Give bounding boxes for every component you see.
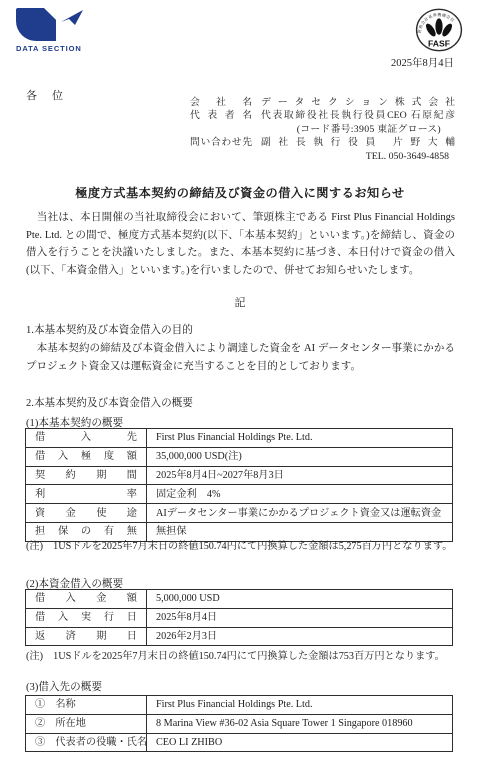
brand-text: DATA SECTION — [16, 44, 106, 53]
table-row: 借入先 First Plus Financial Holdings Pte. L… — [26, 429, 453, 448]
issuer-contact-row: 問い合わせ先 副社長執行役員 片野大輔 — [190, 136, 455, 149]
row-value: First Plus Financial Holdings Pte. Ltd. — [147, 696, 453, 715]
row-label: 契約期間 — [26, 466, 147, 485]
row-value: First Plus Financial Holdings Pte. Ltd. — [147, 429, 453, 448]
row-label: 借入極度額 — [26, 447, 147, 466]
company-name-value: データセクション株式会社 — [261, 96, 455, 109]
contact-label: 問い合わせ先 — [190, 136, 252, 149]
row-label: 借入実行日 — [26, 608, 147, 627]
row-label: 利率 — [26, 485, 147, 504]
telephone: TEL. 050-3649-4858 — [261, 150, 455, 163]
logo-d-mark — [16, 8, 56, 41]
logo-arrow-icon — [60, 9, 86, 27]
row-value: 2025年8月4日~2027年8月3日 — [147, 466, 453, 485]
section1-body: 本基本契約の締結及び本資金借入により調達した資金を AI データセンター事業にか… — [26, 340, 455, 375]
representative-value: 代表取締役社長執行役員CEO 石原紀彦 — [261, 109, 455, 122]
table-row: 借入金額 5,000,000 USD — [26, 590, 453, 609]
row-value: 固定金利 4% — [147, 485, 453, 504]
row-label: ③ 代表者の役職・氏名 — [26, 733, 147, 752]
contract-note: (注) 1USドルを2025年7月末日の終値150.74円にて円換算した金額は5… — [26, 540, 455, 554]
company-logo: DATA SECTION — [16, 8, 106, 53]
table-row: 返済期日 2026年2月3日 — [26, 627, 453, 646]
record-mark: 記 — [0, 294, 480, 310]
row-label: ② 所在地 — [26, 714, 147, 733]
seal-leaves-icon — [424, 18, 454, 38]
table-row: 借入実行日 2025年8月4日 — [26, 608, 453, 627]
sub3-heading: (3)借入先の概要 — [26, 679, 102, 694]
row-value: 35,000,000 USD(注) — [147, 447, 453, 466]
table-row: 利率 固定金利 4% — [26, 485, 453, 504]
row-value: 5,000,000 USD — [147, 590, 453, 609]
intro-paragraph: 当社は、本日開催の当社取締役会において、筆頭株主である First Plus F… — [26, 209, 455, 279]
table-row: 資金使途 AIデータセンター事業にかかるプロジェクト資金又は運転資金 — [26, 504, 453, 523]
seal-label: FASF — [428, 38, 450, 48]
row-value: 2025年8月4日 — [147, 608, 453, 627]
table-row: 借入極度額 35,000,000 USD(注) — [26, 447, 453, 466]
table-row: 担保の有無 無担保 — [26, 522, 453, 541]
document-date: 2025年8月4日 — [391, 55, 454, 70]
issuer-info: 会社名 データセクション株式会社 代表者名 代表取締役社長執行役員CEO 石原紀… — [190, 96, 455, 163]
row-value: 8 Marina View #36-02 Asia Square Tower 1… — [147, 714, 453, 733]
row-value: 2026年2月3日 — [147, 627, 453, 646]
lender-profile-table: ① 名称 First Plus Financial Holdings Pte. … — [25, 695, 453, 752]
basic-contract-table: 借入先 First Plus Financial Holdings Pte. L… — [25, 428, 453, 542]
table-row: ② 所在地 8 Marina View #36-02 Asia Square T… — [26, 714, 453, 733]
row-value: AIデータセンター事業にかかるプロジェクト資金又は運転資金 — [147, 504, 453, 523]
row-label: 担保の有無 — [26, 522, 147, 541]
row-label: 返済期日 — [26, 627, 147, 646]
recipient: 各 位 — [26, 87, 65, 103]
issuer-code-row: (コード番号:3905 東証グロース) — [190, 123, 455, 136]
section1-heading: 1.本基本契約及び本資金借入の目的 — [26, 322, 193, 337]
stock-code: (コード番号:3905 東証グロース) — [261, 123, 455, 136]
row-label: 借入金額 — [26, 590, 147, 609]
row-label: 資金使途 — [26, 504, 147, 523]
company-name-label: 会社名 — [190, 96, 252, 109]
row-label: 借入先 — [26, 429, 147, 448]
row-label: ① 名称 — [26, 696, 147, 715]
borrowing-note: (注) 1USドルを2025年7月末日の終値150.74円にて円換算した金額は7… — [26, 650, 455, 664]
issuer-rep-row: 代表者名 代表取締役社長執行役員CEO 石原紀彦 — [190, 109, 455, 122]
section2-heading: 2.本基本契約及び本資金借入の概要 — [26, 395, 193, 410]
row-value: 無担保 — [147, 522, 453, 541]
page-title: 極度方式基本契約の締結及び資金の借入に関するお知らせ — [0, 184, 480, 201]
table-row: ① 名称 First Plus Financial Holdings Pte. … — [26, 696, 453, 715]
borrowing-table: 借入金額 5,000,000 USD 借入実行日 2025年8月4日 返済期日 … — [25, 589, 453, 646]
fasf-seal-icon: 財務会計基準機構会員 FASF — [413, 5, 465, 55]
issuer-company-row: 会社名 データセクション株式会社 — [190, 96, 455, 109]
contact-value: 副社長執行役員 片野大輔 — [261, 136, 455, 149]
table-row: ③ 代表者の役職・氏名 CEO LI ZHIBO — [26, 733, 453, 752]
row-value: CEO LI ZHIBO — [147, 733, 453, 752]
table-row: 契約期間 2025年8月4日~2027年8月3日 — [26, 466, 453, 485]
representative-label: 代表者名 — [190, 109, 252, 122]
issuer-tel-row: TEL. 050-3649-4858 — [190, 150, 455, 163]
